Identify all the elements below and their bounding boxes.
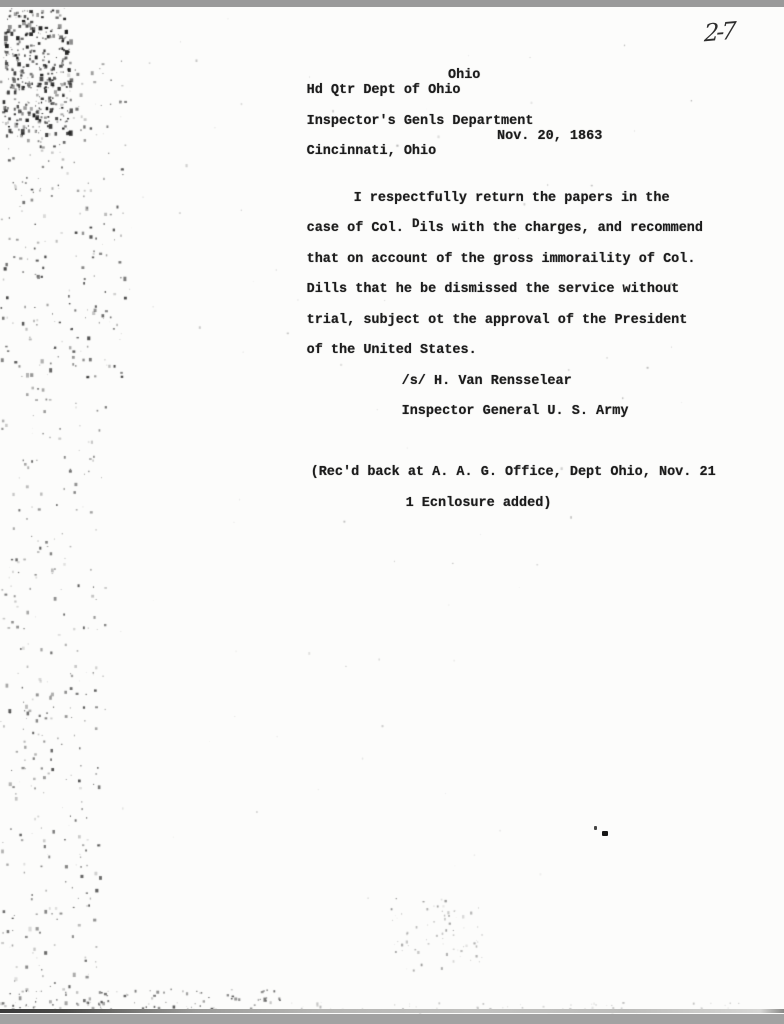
superscript-letter: D — [412, 217, 420, 231]
handwritten-page-number: 2-7 — [704, 17, 734, 48]
body-text: of the United States. — [307, 343, 477, 358]
endorsement-line: (Rec'd back at A. A. G. Office, Dept Ohi… — [258, 450, 698, 481]
scanner-edge-bar-top — [0, 0, 784, 7]
body-line: of the United States. — [258, 328, 698, 359]
heading-department: Inspector's Genls Department — [307, 114, 534, 129]
body-text: I respectfully return the papers in the — [354, 191, 670, 206]
body-line: Dills that he be dismissed the service w… — [258, 267, 698, 298]
endorsement-text: (Rec'd back at A. A. G. Office, Dept Ohi… — [311, 465, 716, 480]
heading-office: Hd Qtr Dept of Ohio — [307, 83, 461, 98]
letter-heading-place-date-line: Cincinnati, Ohio Nov. 20, 1863 — [258, 129, 698, 160]
letter-heading-office-line: Hd Qtr Dept of Ohio Ohio — [258, 68, 698, 99]
scanner-smudge-line — [0, 1009, 784, 1013]
heading-office-right: Ohio — [448, 68, 480, 83]
ink-speck — [594, 826, 597, 830]
body-line: I respectfully return the papers in the — [258, 176, 698, 207]
body-text: that on account of the gross immoraility… — [307, 252, 696, 267]
signature-title-line: Inspector General U. S. Army — [258, 389, 698, 420]
signature-text: /s/ H. Van Rensselear — [402, 374, 572, 389]
body-line: that on account of the gross immoraility… — [258, 237, 698, 268]
typewritten-letter: Hd Qtr Dept of Ohio Ohio Inspector's Gen… — [258, 68, 698, 511]
letter-heading-department-line: Inspector's Genls Department — [258, 99, 698, 130]
body-text: trial, subject ot the approval of the Pr… — [307, 313, 688, 328]
body-text: ils with the charges, and recommend — [419, 221, 703, 236]
endorsement-line: 1 Ecnlosure added) — [258, 481, 698, 512]
body-text: Dills that he be dismissed the service w… — [307, 282, 680, 297]
paragraph-gap — [258, 160, 698, 176]
body-line: trial, subject ot the approval of the Pr… — [258, 298, 698, 329]
section-gap — [258, 420, 698, 451]
ink-speck — [602, 831, 608, 836]
scanner-edge-bar-bottom — [0, 1014, 784, 1024]
signature-line: /s/ H. Van Rensselear — [258, 359, 698, 390]
heading-place: Cincinnati, Ohio — [307, 144, 437, 159]
body-text: case of Col. — [307, 221, 412, 236]
signature-title-text: Inspector General U. S. Army — [402, 404, 629, 419]
body-line: case of Col. Dils with the charges, and … — [258, 206, 698, 237]
scanned-letter-page: 2-7 Hd Qtr Dept of Ohio Ohio Inspector's… — [0, 0, 784, 1024]
heading-date: Nov. 20, 1863 — [497, 129, 602, 144]
endorsement-text: 1 Ecnlosure added) — [406, 496, 552, 511]
